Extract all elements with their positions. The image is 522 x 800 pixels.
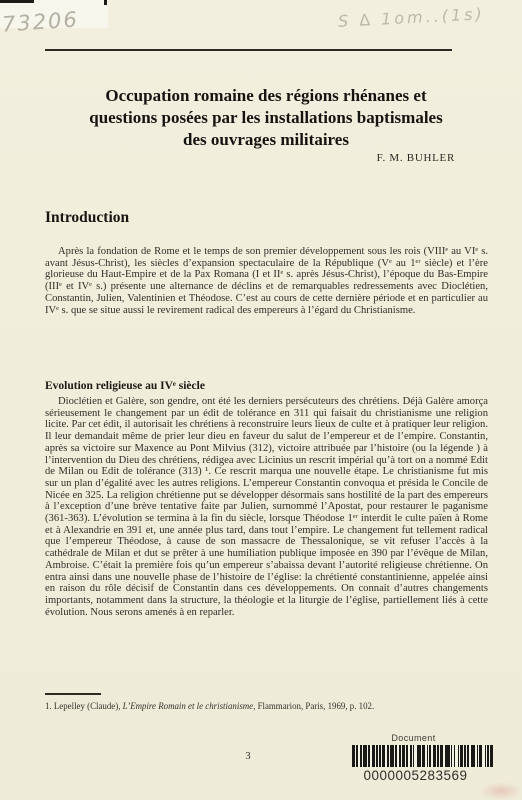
footnote-work-title: L’Empire Romain et le christianisme	[123, 701, 253, 711]
section-paragraph: Dioclétien et Galère, son gendre, ont ét…	[45, 396, 488, 618]
barcode-block: Document 0000005283569	[352, 733, 493, 783]
author-name: F. M. BUHLER	[377, 152, 455, 164]
scan-corner-tick	[104, 0, 107, 5]
footnote-suffix: , Flammarion, Paris, 1969, p. 102.	[253, 701, 374, 711]
barcode-label: Document	[352, 733, 475, 743]
page-number: 3	[238, 751, 258, 762]
article-title-line-3: des ouvrages militaires	[40, 129, 492, 151]
footnote: 1. Lepelley (Claude), L’Empire Romain et…	[45, 701, 488, 712]
intro-paragraph: Après la fondation de Rome et le temps d…	[45, 246, 488, 316]
scan-pink-smudge	[480, 782, 522, 800]
handwritten-archive-number: 73206	[1, 7, 79, 36]
section-heading: Evolution religieuse au IVᵉ siècle	[45, 380, 205, 392]
scan-corner-mark	[0, 0, 34, 3]
handwritten-note: S ∆ 1om..(1s)	[338, 4, 486, 31]
barcode-icon	[352, 745, 493, 767]
header-rule	[45, 49, 452, 51]
scanned-document-page: 73206 S ∆ 1om..(1s) Occupation romaine d…	[0, 0, 522, 800]
intro-heading: Introduction	[45, 209, 129, 227]
footnote-rule	[45, 693, 101, 695]
barcode-number: 0000005283569	[352, 768, 479, 783]
article-title: Occupation romaine des régions rhénanes …	[40, 85, 492, 151]
footnote-ref: 1. Lepelley (Claude),	[45, 701, 123, 711]
article-title-line-1: Occupation romaine des régions rhénanes …	[40, 85, 492, 107]
article-title-line-2: questions posées par les installations b…	[40, 107, 492, 129]
